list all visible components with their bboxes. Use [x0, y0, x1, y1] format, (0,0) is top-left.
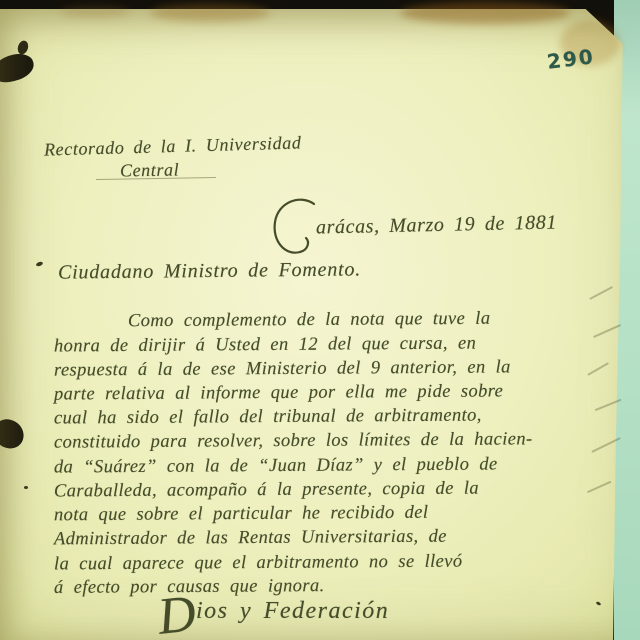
body-line: constituido para resolver, sobre los lím…: [54, 429, 533, 453]
closing-initial: D: [155, 584, 199, 640]
body-line: Caraballeda, acompaño á la presente, cop…: [54, 479, 479, 503]
salutation: Ciudadano Ministro de Fomento.: [58, 258, 361, 284]
body-line: da “Suárez” con la de “Juan Díaz” y el p…: [54, 454, 498, 478]
body-line: respuesta á la de ese Ministerio del 9 a…: [54, 357, 511, 381]
body-line: Como complemento de la nota que tuve la: [128, 309, 491, 333]
body-line: la cual aparece que el arbitramento no s…: [54, 552, 463, 576]
manuscript-scan: 290 Rectorado de la I. Universidad Centr…: [0, 0, 640, 640]
closing-line: ios y Federación: [196, 598, 389, 625]
body-line: nota que sobre el particular he recibido…: [54, 503, 429, 527]
body-line: cual ha sido el fallo del tribunal de ar…: [54, 406, 482, 430]
body-line: honra de dirijir á Usted en 12 del que c…: [54, 334, 476, 358]
body-line: parte relativa al informe que por ella m…: [54, 381, 503, 405]
body-line: Administrador de las Rentas Universitari…: [54, 527, 447, 551]
